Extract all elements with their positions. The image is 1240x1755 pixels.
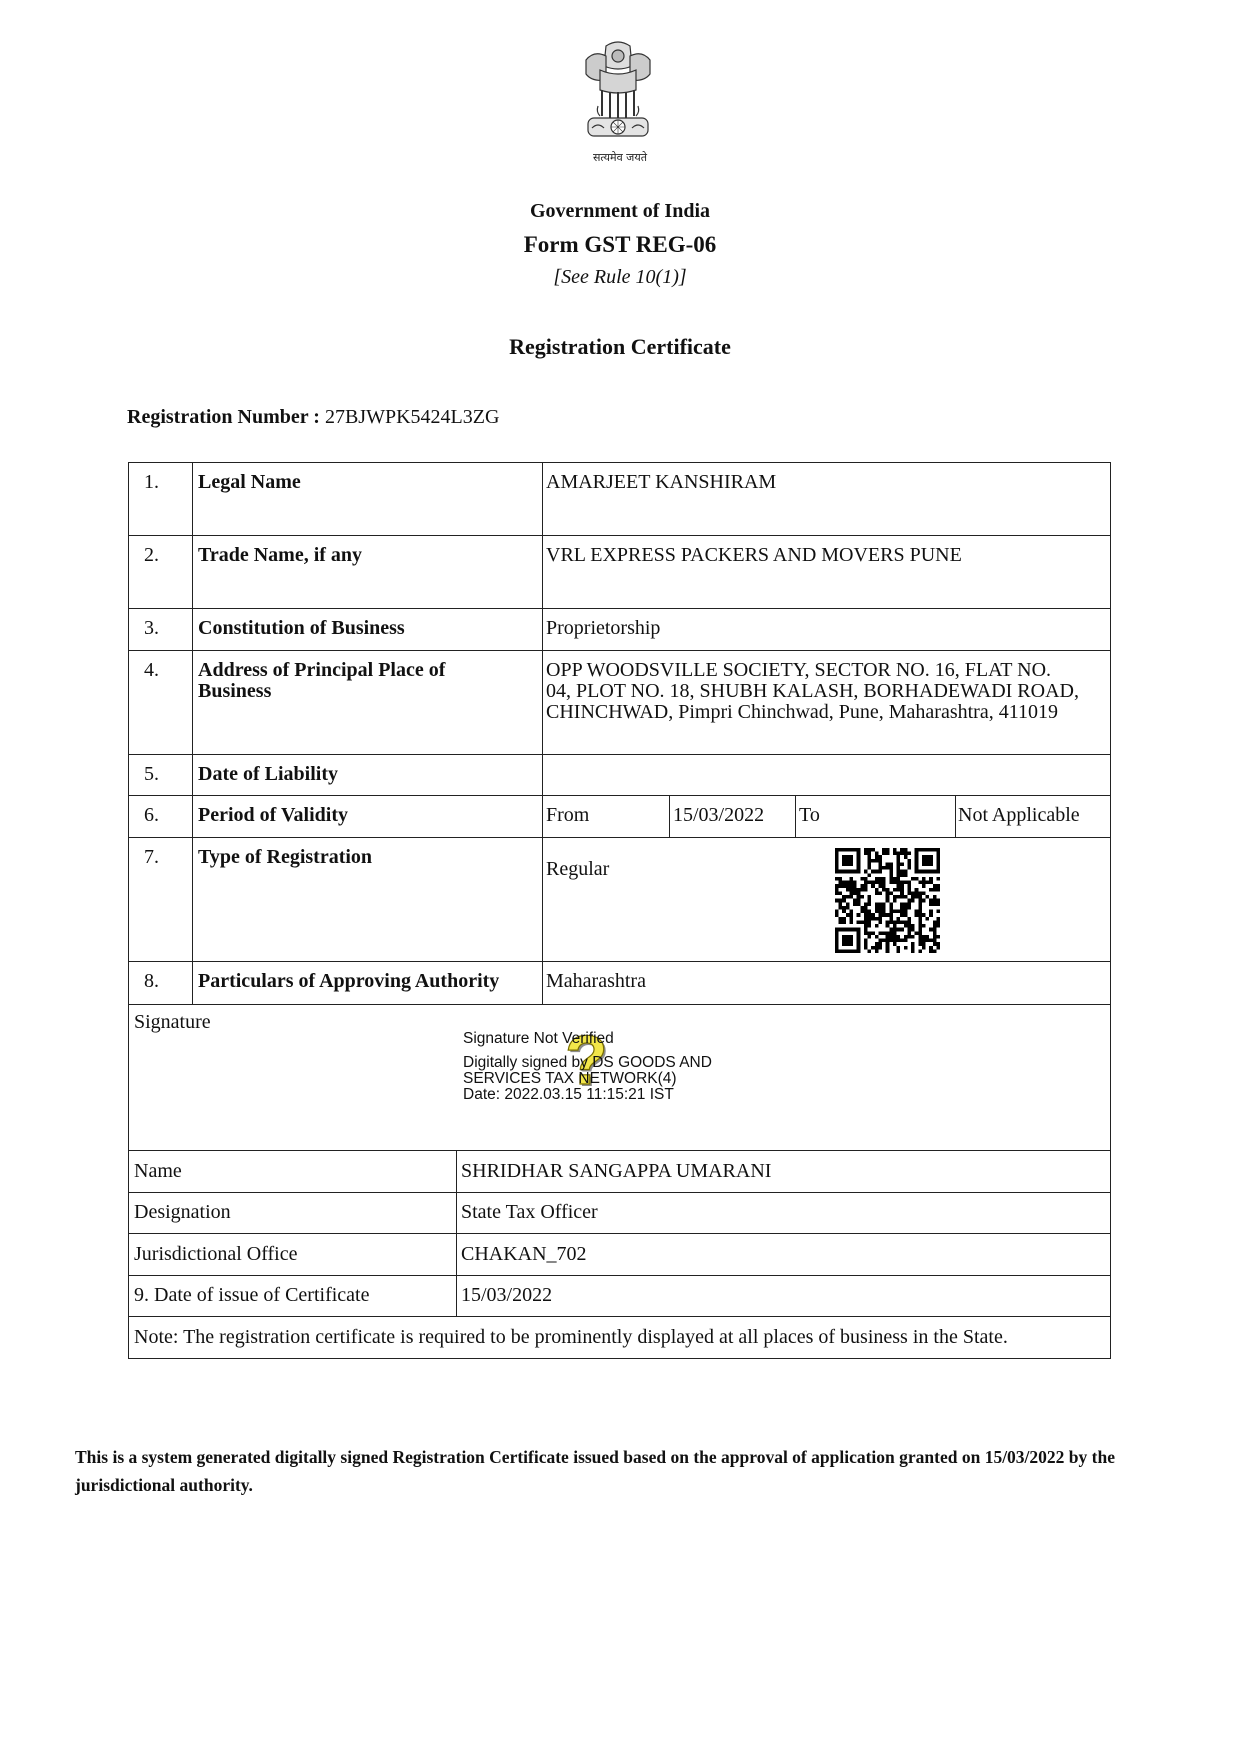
- row-number: 8.: [144, 971, 159, 992]
- row-divider: [128, 650, 1111, 651]
- row-number: 2.: [144, 545, 159, 566]
- row-divider: [128, 1004, 1111, 1005]
- col-divider: [456, 1150, 457, 1316]
- qr-code-icon: [835, 848, 940, 953]
- col-divider: [669, 795, 670, 837]
- emblem-motto: सत्यमेव जयते: [570, 150, 670, 165]
- row-divider: [128, 961, 1111, 962]
- approving-authority-value: Maharashtra: [546, 971, 646, 992]
- row-number: 1.: [144, 472, 159, 493]
- registration-number-value: 27BJWPK5424L3ZG: [325, 406, 499, 428]
- row-divider: [128, 1316, 1111, 1317]
- state-emblem-icon: [578, 36, 658, 144]
- address-label: Address of Principal Place of Business: [198, 660, 498, 702]
- address-line: 04, PLOT NO. 18, SHUBH KALASH, BORHADEWA…: [546, 681, 1106, 702]
- row-number: 6.: [144, 805, 159, 826]
- row-divider: [128, 608, 1111, 609]
- legal-name-label: Legal Name: [198, 472, 301, 493]
- constitution-value: Proprietorship: [546, 618, 660, 639]
- address-value: OPP WOODSVILLE SOCIETY, SECTOR NO. 16, F…: [546, 660, 1106, 723]
- validity-to-label: To: [799, 805, 820, 826]
- date-of-issue-label: 9. Date of issue of Certificate: [134, 1285, 369, 1306]
- signature-line: SERVICES TAX NETWORK(4): [463, 1071, 712, 1087]
- registration-number-label: Registration Number :: [127, 406, 320, 428]
- display-note: Note: The registration certificate is re…: [134, 1327, 1008, 1348]
- type-of-registration-label: Type of Registration: [198, 847, 372, 868]
- certificate-title: Registration Certificate: [0, 334, 1240, 360]
- approving-authority-label: Particulars of Approving Authority: [198, 971, 499, 992]
- trade-name-label: Trade Name, if any: [198, 545, 362, 566]
- designation-value: State Tax Officer: [461, 1202, 598, 1223]
- row-number: 7.: [144, 847, 159, 868]
- designation-label: Designation: [134, 1202, 231, 1223]
- signature-details: Digitally signed by DS GOODS AND SERVICE…: [463, 1055, 712, 1103]
- row-divider: [128, 754, 1111, 755]
- officer-name-label: Name: [134, 1161, 182, 1182]
- form-title: Form GST REG-06: [0, 232, 1240, 258]
- signature-line: Date: 2022.03.15 11:15:21 IST: [463, 1087, 712, 1103]
- signature-label: Signature: [134, 1012, 211, 1033]
- type-of-registration-value: Regular: [546, 859, 609, 880]
- col-divider: [955, 795, 956, 837]
- col-divider: [795, 795, 796, 837]
- signature-status: Signature Not Verified: [463, 1031, 614, 1047]
- period-of-validity-label: Period of Validity: [198, 805, 348, 826]
- row-number: 5.: [144, 764, 159, 785]
- row-divider: [128, 1233, 1111, 1234]
- date-of-issue-value: 15/03/2022: [461, 1285, 552, 1306]
- rule-reference: [See Rule 10(1)]: [0, 266, 1240, 289]
- address-line: CHINCHWAD, Pimpri Chinchwad, Pune, Mahar…: [546, 702, 1106, 723]
- validity-to-value: Not Applicable: [958, 805, 1080, 826]
- signature-line: Digitally signed by DS GOODS AND: [463, 1055, 712, 1071]
- officer-name-value: SHRIDHAR SANGAPPA UMARANI: [461, 1161, 771, 1182]
- constitution-label: Constitution of Business: [198, 618, 405, 639]
- row-divider: [128, 837, 1111, 838]
- row-divider: [128, 1192, 1111, 1193]
- row-number: 4.: [144, 660, 159, 681]
- jurisdictional-office-value: CHAKAN_702: [461, 1244, 587, 1265]
- government-heading: Government of India: [0, 200, 1240, 223]
- col-divider: [542, 462, 543, 1004]
- validity-from-value: 15/03/2022: [673, 805, 764, 826]
- row-divider: [128, 795, 1111, 796]
- registration-number: Registration Number : 27BJWPK5424L3ZG: [127, 406, 499, 429]
- legal-name-value: AMARJEET KANSHIRAM: [546, 472, 776, 493]
- trade-name-value: VRL EXPRESS PACKERS AND MOVERS PUNE: [546, 545, 962, 566]
- col-divider: [192, 462, 193, 1004]
- validity-from-label: From: [546, 805, 589, 826]
- date-of-liability-label: Date of Liability: [198, 764, 338, 785]
- address-line: OPP WOODSVILLE SOCIETY, SECTOR NO. 16, F…: [546, 660, 1106, 681]
- row-number: 3.: [144, 618, 159, 639]
- row-divider: [128, 1275, 1111, 1276]
- details-table: [128, 462, 1111, 1359]
- jurisdictional-office-label: Jurisdictional Office: [134, 1244, 297, 1265]
- row-divider: [128, 1150, 1111, 1151]
- system-generated-footer: This is a system generated digitally sig…: [75, 1443, 1175, 1499]
- row-divider: [128, 535, 1111, 536]
